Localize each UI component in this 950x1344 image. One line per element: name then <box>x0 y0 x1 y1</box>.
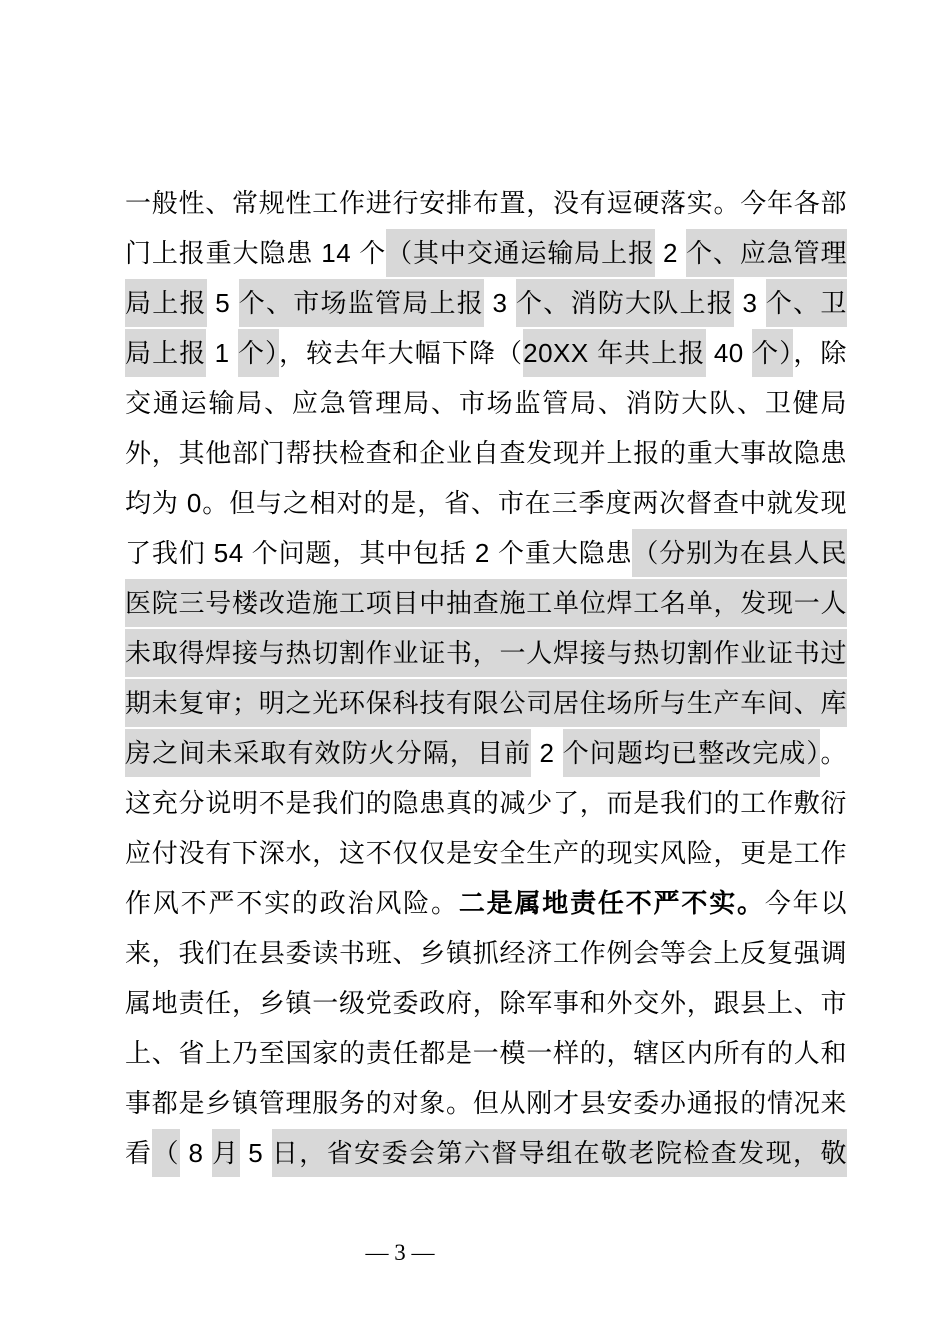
highlighted-segment: 房之间未采取有效防火分隔，目前 <box>125 729 531 777</box>
text-line: 这充分说明不是我们的隐患真的减少了，而是我们的工作敷衍 <box>125 778 847 828</box>
highlighted-segment: 个、市场监管局上报 <box>239 279 484 327</box>
text-line: 期未复审；明之光环保科技有限公司居住场所与生产车间、库 <box>125 678 847 728</box>
text-segment: 5 <box>207 288 239 318</box>
text-segment: 3 <box>734 288 766 318</box>
highlighted-segment: 月 <box>212 1129 239 1177</box>
text-segment: 交通运输局、应急管理局、市场监管局、消防大队、卫健局 <box>125 388 847 418</box>
text-line: 均为 0。但与之相对的是，省、市在三季度两次督查中就发现 <box>125 478 847 528</box>
highlighted-segment: 期未复审；明之光环保科技有限公司居住场所与生产车间、库 <box>125 679 847 727</box>
text-segment: 3 <box>484 288 516 318</box>
text-line: 应付没有下深水，这不仅仅是安全生产的现实风险，更是工作 <box>125 828 847 878</box>
highlighted-segment: 个、应急管理 <box>686 229 847 277</box>
text-segment: 了我们 54 个问题，其中包括 2 个重大隐患 <box>125 538 632 568</box>
text-segment: 作风不严不实的政治风险。 <box>125 888 459 918</box>
text-line: 作风不严不实的政治风险。二是属地责任不严不实。今年以 <box>125 878 847 928</box>
text-segment: 来，我们在县委读书班、乡镇抓经济工作例会等会上反复强调 <box>125 938 847 968</box>
text-segment: 。 <box>820 738 847 768</box>
text-line: 局上报 5 个、市场监管局上报 3 个、消防大队上报 3 个、卫健 <box>125 278 847 328</box>
text-segment: 这充分说明不是我们的隐患真的减少了，而是我们的工作敷衍 <box>125 788 847 818</box>
text-segment: 2 <box>655 238 686 268</box>
text-segment: ，除 <box>793 338 847 368</box>
text-segment: ，较去年大幅下降（ <box>279 338 523 368</box>
text-segment: 外，其他部门帮扶检查和企业自查发现并上报的重大事故隐患 <box>125 438 847 468</box>
text-line: 外，其他部门帮扶检查和企业自查发现并上报的重大事故隐患 <box>125 428 847 478</box>
text-line: 看（ 8 月 5 日，省安委会第六督导组在敬老院检查发现，敬老 <box>125 1128 847 1178</box>
text-line: 门上报重大隐患 14 个（其中交通运输局上报 2 个、应急管理 <box>125 228 847 278</box>
text-line: 了我们 54 个问题，其中包括 2 个重大隐患（分别为在县人民 <box>125 528 847 578</box>
highlighted-segment: 个） <box>752 329 793 377</box>
text-segment: 5 <box>240 1138 272 1168</box>
text-line: 来，我们在县委读书班、乡镇抓经济工作例会等会上反复强调 <box>125 928 847 978</box>
highlighted-segment: 医院三号楼改造施工项目中抽查施工单位焊工名单，发现一人 <box>125 579 847 627</box>
text-line: 局上报 1 个），较去年大幅下降（20XX 年共上报 40 个），除 <box>125 328 847 378</box>
highlighted-segment: （分别为在县人民 <box>632 529 847 577</box>
text-segment: 8 <box>180 1138 212 1168</box>
text-segment: 上、省上乃至国家的责任都是一模一样的，辖区内所有的人和 <box>125 1038 847 1068</box>
text-line: 一般性、常规性工作进行安排布置，没有逗硬落实。今年各部 <box>125 178 847 228</box>
text-segment: 看 <box>125 1138 152 1168</box>
highlighted-segment: 局上报 <box>125 279 207 327</box>
text-segment: 事都是乡镇管理服务的对象。但从刚才县安委办通报的情况来 <box>125 1088 847 1118</box>
highlighted-segment: （其中交通运输局上报 <box>386 229 655 277</box>
highlighted-segment: 个问题均已整改完成） <box>563 729 821 777</box>
text-segment: 1 <box>206 338 238 368</box>
highlighted-segment: 个、消防大队上报 <box>516 279 734 327</box>
text-segment: 二是属地责任不严不实。 <box>459 888 765 918</box>
highlighted-segment: （ <box>152 1129 179 1177</box>
text-line: 交通运输局、应急管理局、市场监管局、消防大队、卫健局 <box>125 378 847 428</box>
highlighted-segment: 局上报 <box>125 329 206 377</box>
document-page: 一般性、常规性工作进行安排布置，没有逗硬落实。今年各部门上报重大隐患 14 个（… <box>0 0 950 1344</box>
highlighted-segment: 个） <box>238 329 279 377</box>
text-line: 医院三号楼改造施工项目中抽查施工单位焊工名单，发现一人 <box>125 578 847 628</box>
text-line: 房之间未采取有效防火分隔，目前 2 个问题均已整改完成）。 <box>125 728 847 778</box>
text-segment: 门上报重大隐患 14 个 <box>125 238 386 268</box>
highlighted-segment: 未取得焊接与热切割作业证书，一人焊接与热切割作业证书过 <box>125 629 847 677</box>
text-segment: 一般性、常规性工作进行安排布置，没有逗硬落实。今年各部 <box>125 188 847 218</box>
text-line: 属地责任，乡镇一级党委政府，除军事和外交外，跟县上、市 <box>125 978 847 1028</box>
text-line: 上、省上乃至国家的责任都是一模一样的，辖区内所有的人和 <box>125 1028 847 1078</box>
text-segment: 2 <box>531 738 563 768</box>
text-segment: 今年以 <box>765 888 847 918</box>
highlighted-segment: 20XX 年共上报 <box>523 329 705 377</box>
text-line: 未取得焊接与热切割作业证书，一人焊接与热切割作业证书过 <box>125 628 847 678</box>
text-segment: 40 <box>706 338 753 368</box>
text-line: 事都是乡镇管理服务的对象。但从刚才县安委办通报的情况来 <box>125 1078 847 1128</box>
text-block: 一般性、常规性工作进行安排布置，没有逗硬落实。今年各部门上报重大隐患 14 个（… <box>125 178 847 1178</box>
text-segment: 属地责任，乡镇一级党委政府，除军事和外交外，跟县上、市 <box>125 988 847 1018</box>
text-segment: 均为 0。但与之相对的是，省、市在三季度两次督查中就发现 <box>125 488 847 518</box>
page-number: — 3 — <box>125 1240 675 1266</box>
text-segment: 应付没有下深水，这不仅仅是安全生产的现实风险，更是工作 <box>125 838 847 868</box>
